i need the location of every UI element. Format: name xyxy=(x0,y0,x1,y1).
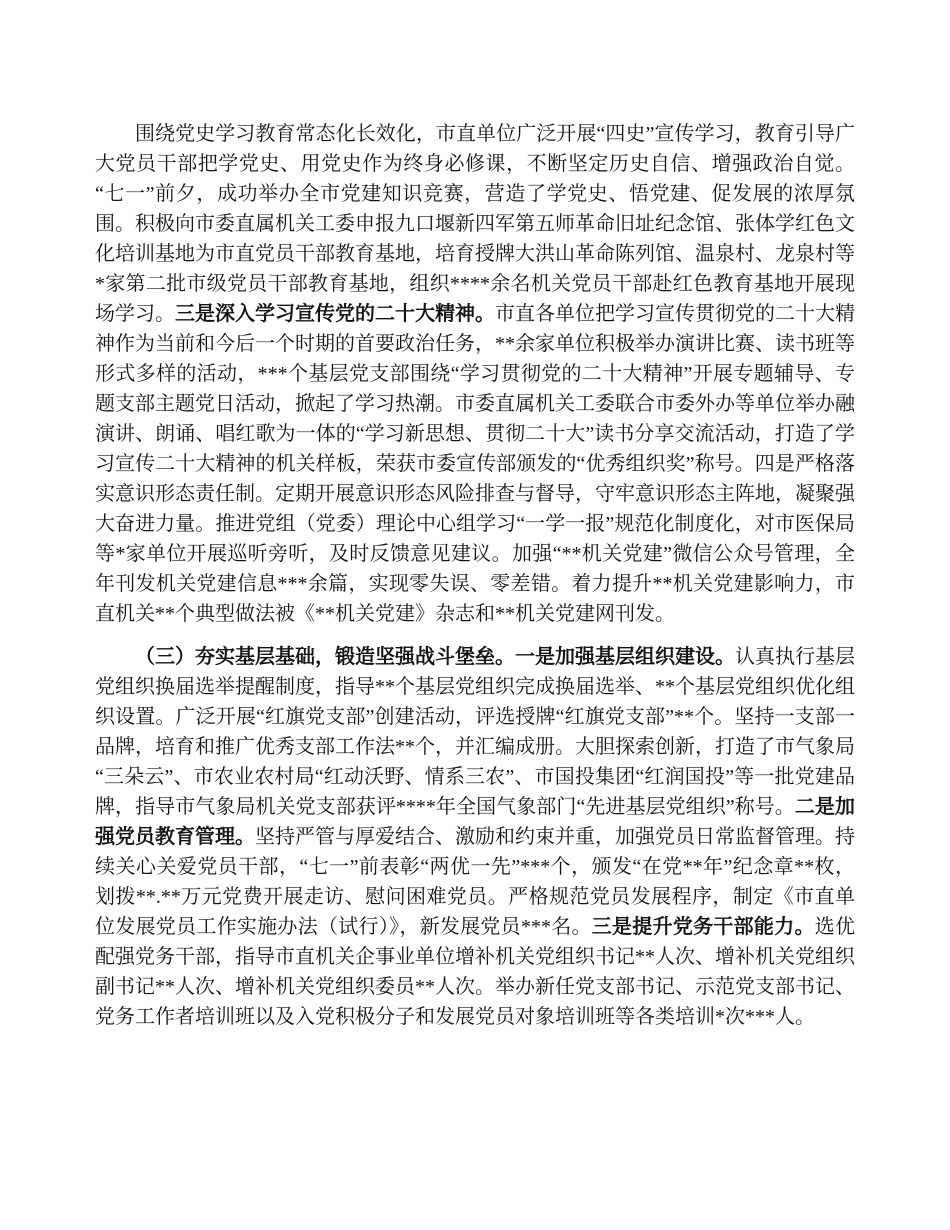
paragraph-1: 围绕党史学习教育常态化长效化，市直单位广泛开展“四史”宣传学习，教育引导广大党员… xyxy=(95,119,855,629)
bold-text-run: （三）夯实基层基础，锻造坚强战斗堡垒。一是加强基层组织建设。 xyxy=(135,646,735,668)
text-run: 认真执行基层党组织换届选举提醒制度，指导**个基层党组织完成换届选举、**个基层… xyxy=(95,646,855,818)
text-run: 围绕党史学习教育常态化长效化，市直单位广泛开展“四史”宣传学习，教育引导广大党员… xyxy=(95,123,855,325)
document-page: 围绕党史学习教育常态化长效化，市直单位广泛开展“四史”宣传学习，教育引导广大党员… xyxy=(0,0,950,1230)
bold-text-run: 三是提升党务干部能力。 xyxy=(592,916,815,938)
document-body: 围绕党史学习教育常态化长效化，市直单位广泛开展“四史”宣传学习，教育引导广大党员… xyxy=(95,119,855,1032)
text-run: 市直各单位把学习宣传贯彻党的二十大精神作为当前和今后一个时期的首要政治任务，**… xyxy=(95,303,855,625)
bold-text-run: 三是深入学习宣传党的二十大精神。 xyxy=(175,303,495,325)
paragraph-2: （三）夯实基层基础，锻造坚强战斗堡垒。一是加强基层组织建设。认真执行基层党组织换… xyxy=(95,642,855,1032)
